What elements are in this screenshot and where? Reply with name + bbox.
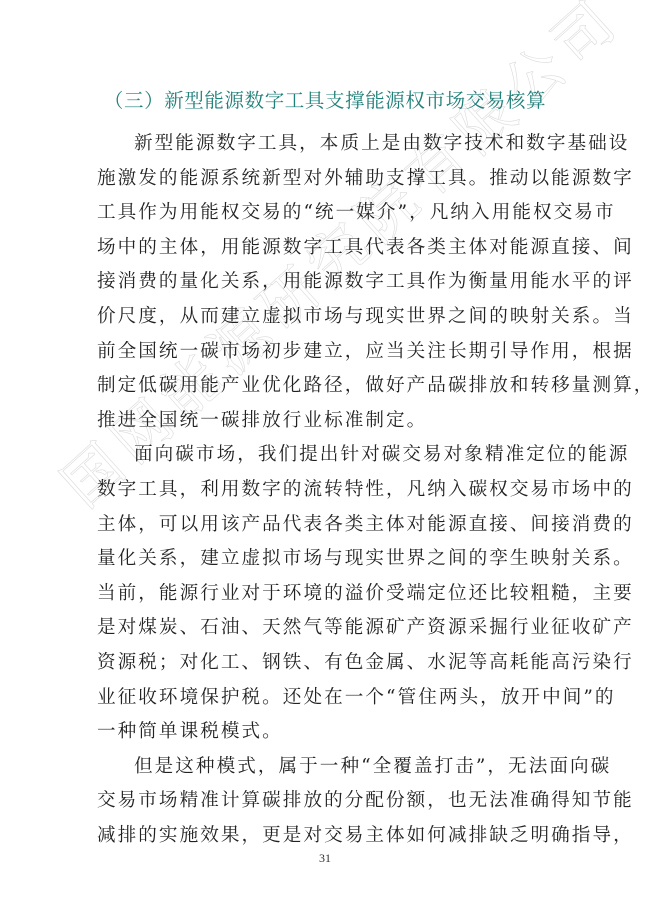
paragraph-3: 但是这种模式，属于一种“全覆盖打击”，无法面向碳 交易市场精准计算碳排放的分配份… <box>97 750 560 854</box>
text-line: 一种简单课税模式。 <box>97 715 560 750</box>
text-line: 新型能源数字工具，本质上是由数字技术和数字基础设 <box>97 127 560 162</box>
text-line: 推进全国统一碳排放行业标准制定。 <box>97 404 560 439</box>
paragraph-1: 新型能源数字工具，本质上是由数字技术和数字基础设 施激发的能源系统新型对外辅助支… <box>97 127 560 438</box>
section-heading: （三）新型能源数字工具支撑能源权市场交易核算 <box>0 86 650 116</box>
text-line: 工具作为用能权交易的“统一媒介”，凡纳入用能权交易市 <box>97 196 560 231</box>
page-number: 31 <box>0 851 650 866</box>
text-line: 减排的实施效果，更是对交易主体如何减排缺乏明确指导， <box>97 819 560 854</box>
text-line: 业征收环境保护税。还处在一个“管住两头，放开中间”的 <box>97 681 560 716</box>
text-line: 前全国统一碳市场初步建立，应当关注长期引导作用，根据 <box>97 335 560 370</box>
text-line: 但是这种模式，属于一种“全覆盖打击”，无法面向碳 <box>97 750 560 785</box>
document-page: 国网能源研究院有限公司 （三）新型能源数字工具支撑能源权市场交易核算 新型能源数… <box>0 0 650 919</box>
body-text: 新型能源数字工具，本质上是由数字技术和数字基础设 施激发的能源系统新型对外辅助支… <box>97 127 560 853</box>
text-line: 接消费的量化关系，用能源数字工具作为衡量用能水平的评 <box>97 265 560 300</box>
text-line: 制定低碳用能产业优化路径，做好产品碳排放和转移量测算， <box>97 369 560 404</box>
text-line: 主体，可以用该产品代表各类主体对能源直接、间接消费的 <box>97 508 560 543</box>
text-line: 量化关系，建立虚拟市场与现实世界之间的孪生映射关系。 <box>97 542 560 577</box>
text-line: 交易市场精准计算碳排放的分配份额，也无法准确得知节能 <box>97 784 560 819</box>
text-line: 场中的主体，用能源数字工具代表各类主体对能源直接、间 <box>97 231 560 266</box>
paragraph-2: 面向碳市场，我们提出针对碳交易对象精准定位的能源 数字工具，利用数字的流转特性，… <box>97 438 560 749</box>
text-line: 资源税；对化工、钢铁、有色金属、水泥等高耗能高污染行 <box>97 646 560 681</box>
text-line: 是对煤炭、石油、天然气等能源矿产资源采掘行业征收矿产 <box>97 611 560 646</box>
text-line: 面向碳市场，我们提出针对碳交易对象精准定位的能源 <box>97 438 560 473</box>
text-line: 数字工具，利用数字的流转特性，凡纳入碳权交易市场中的 <box>97 473 560 508</box>
text-line: 施激发的能源系统新型对外辅助支撑工具。推动以能源数字 <box>97 162 560 197</box>
text-line: 价尺度，从而建立虚拟市场与现实世界之间的映射关系。当 <box>97 300 560 335</box>
text-line: 当前，能源行业对于环境的溢价受端定位还比较粗糙，主要 <box>97 577 560 612</box>
